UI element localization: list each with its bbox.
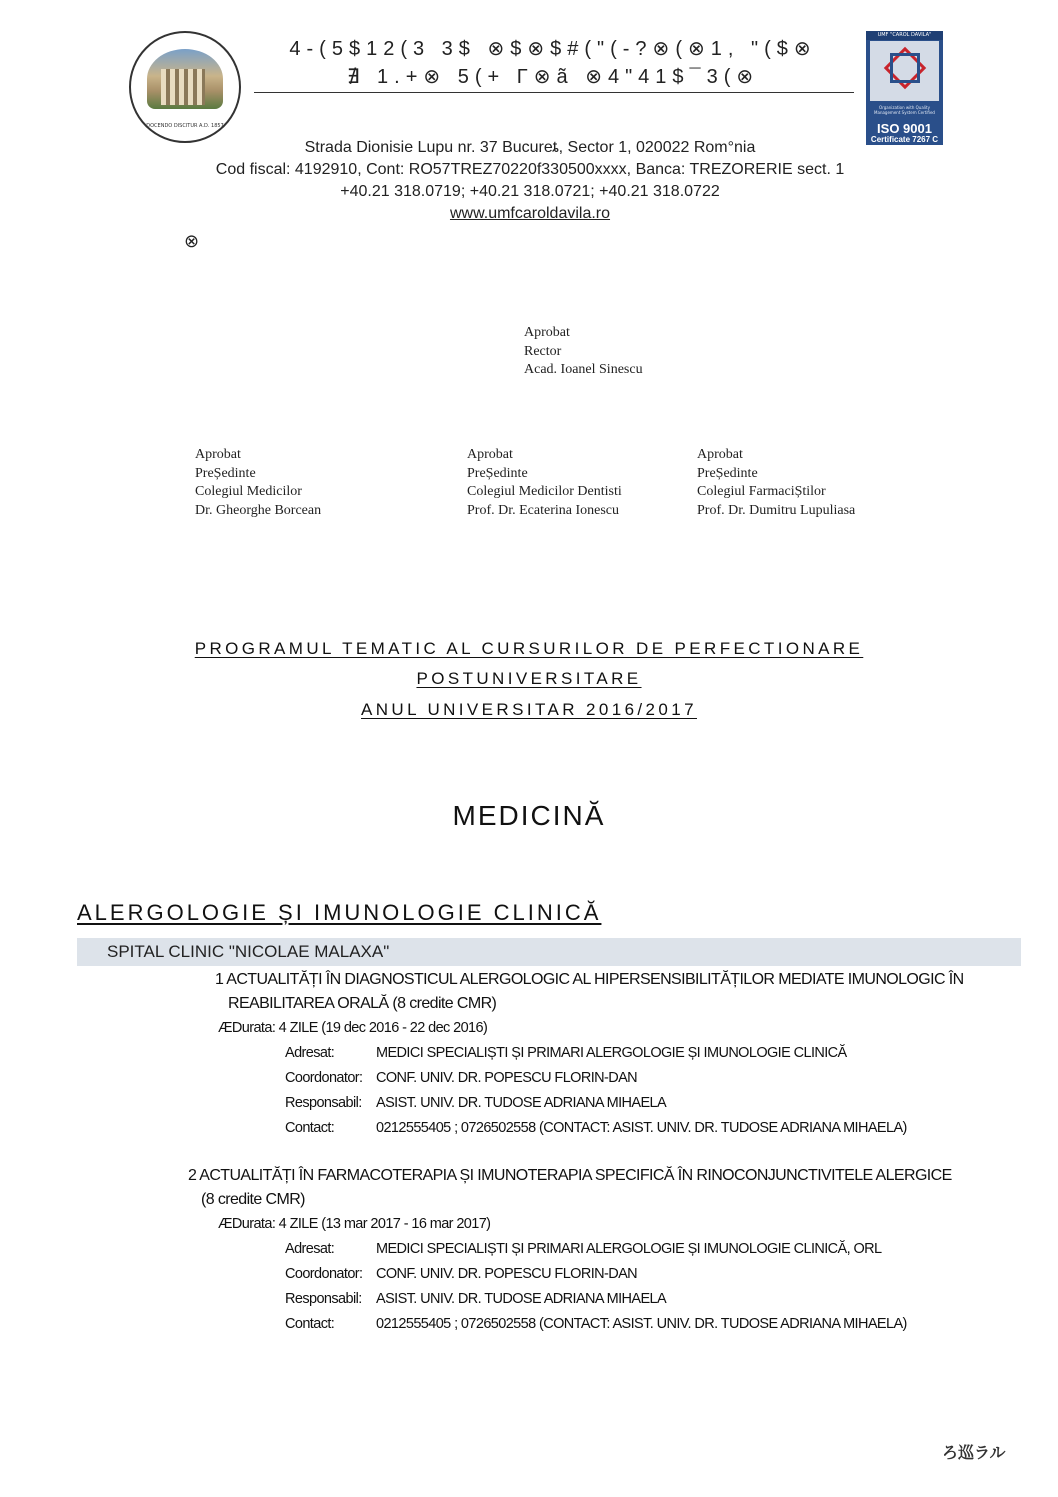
iso-certification-badge: UMF "CAROL DAVILA" BUCUREȘTI Organizatio… xyxy=(866,31,943,145)
unknown-glyph-icon: ⊗ xyxy=(184,231,199,252)
detail-value: ASIST. UNIV. DR. TUDOSE ADRIANA MIHAELA xyxy=(376,1291,666,1307)
detail-value: 0212555405 ; 0726502558 (CONTACT: ASIST.… xyxy=(376,1316,907,1332)
approval-role: Rector xyxy=(524,343,643,362)
header-title-line2: ∄ 1.+⊗ 5(+ Γ⊗ã ⊗4"41$¯3(⊗ xyxy=(250,64,856,89)
approval-role: PreȘedinte xyxy=(467,465,622,484)
program-title-text: POSTUNIVERSITARE xyxy=(416,669,641,688)
detail-label: Responsabil: xyxy=(285,1291,362,1307)
course-item: 1 ACTUALITĂȚI ÎN DIAGNOSTICUL ALERGOLOGI… xyxy=(215,968,964,1016)
detail-label: Coordonator: xyxy=(285,1266,362,1282)
approval-college: Colegiul Medicilor xyxy=(195,483,321,502)
program-title-text: PROGRAMUL TEMATIC AL CURSURILOR DE PERFE… xyxy=(195,639,864,658)
approval-person: Prof. Dr. Dumitru Lupuliasa xyxy=(697,502,855,521)
course-title-cont: REABILITAREA ORALĂ (8 credite CMR) xyxy=(215,992,964,1016)
bullet-icon: Æ xyxy=(218,1020,232,1036)
domain-title: MEDICINĂ xyxy=(300,800,758,832)
detail-label: Responsabil: xyxy=(285,1095,362,1111)
phones-line: +40.21 318.0719; +40.21 318.0721; +40.21… xyxy=(150,183,910,201)
course-title-cont: (8 credite CMR) xyxy=(188,1188,952,1212)
header-title-line1: 4-(5$12(3 3$ ⊗$⊗$#("(-?⊗(⊗1, "($⊗ xyxy=(250,36,856,61)
college-approval-dentisti: Aprobat PreȘedinte Colegiul Medicilor De… xyxy=(467,446,622,520)
rector-approval: Aprobat Rector Acad. Ioanel Sinescu xyxy=(524,324,643,380)
approval-role: PreȘedinte xyxy=(697,465,855,484)
detail-label: Adresat: xyxy=(285,1241,334,1257)
approval-label: Aprobat xyxy=(467,446,622,465)
program-title-text: ANUL UNIVERSITAR 2016/2017 xyxy=(361,700,697,719)
columns-decoration xyxy=(161,69,205,105)
duration-text: Durata: 4 ZILE (19 dec 2016 - 22 dec 201… xyxy=(232,1020,487,1036)
detail-label: Adresat: xyxy=(285,1045,334,1061)
detail-value: MEDICI SPECIALIȘTI ȘI PRIMARI ALERGOLOGI… xyxy=(376,1045,847,1061)
duration-text: Durata: 4 ZILE (13 mar 2017 - 16 mar 201… xyxy=(232,1216,491,1232)
iso-badge-top: UMF "CAROL DAVILA" BUCUREȘTI xyxy=(866,31,943,40)
detail-value: ASIST. UNIV. DR. TUDOSE ADRIANA MIHAELA xyxy=(376,1095,666,1111)
detail-value: 0212555405 ; 0726502558 (CONTACT: ASIST.… xyxy=(376,1120,907,1136)
approval-label: Aprobat xyxy=(195,446,321,465)
detail-label: Contact: xyxy=(285,1316,334,1332)
approval-role: PreȘedinte xyxy=(195,465,321,484)
page-number: ろ巡ラル xyxy=(942,1440,1006,1463)
fiscal-line: Cod fiscal: 4192910, Cont: RO57TREZ70220… xyxy=(150,161,910,179)
course-title: ACTUALITĂȚI ÎN FARMACOTERAPIA ȘI IMUNOTE… xyxy=(199,1167,951,1184)
header-divider xyxy=(254,92,854,93)
approval-college: Colegiul Medicilor Dentisti xyxy=(467,483,622,502)
website-link[interactable]: www.umfcaroldavila.ro xyxy=(450,205,610,222)
star-shape-2 xyxy=(890,53,920,83)
detail-label: Contact: xyxy=(285,1120,334,1136)
iso-badge-standard: ISO 9001 xyxy=(866,121,943,136)
course-details: Adresat:MEDICI SPECIALIȘTI ȘI PRIMARI AL… xyxy=(285,1241,985,1341)
seal-motto: DOCENDO DISCITUR A.D. 1857 xyxy=(131,123,239,129)
course-item: 2 ACTUALITĂȚI ÎN FARMACOTERAPIA ȘI IMUNO… xyxy=(188,1164,952,1212)
approval-label: Aprobat xyxy=(524,324,643,343)
address-line: Strada Dionisie Lupu nr. 37 Bucureȶ, Sec… xyxy=(150,139,910,157)
approval-person: Prof. Dr. Ecaterina Ionescu xyxy=(467,502,622,521)
detail-label: Coordonator: xyxy=(285,1070,362,1086)
university-seal-logo: DOCENDO DISCITUR A.D. 1857 xyxy=(129,31,241,143)
detail-value: MEDICI SPECIALIȘTI ȘI PRIMARI ALERGOLOGI… xyxy=(376,1241,882,1257)
program-title-line1: PROGRAMUL TEMATIC AL CURSURILOR DE PERFE… xyxy=(100,639,958,659)
course-duration: ÆDurata: 4 ZILE (13 mar 2017 - 16 mar 20… xyxy=(218,1216,490,1232)
course-title: ACTUALITĂȚI ÎN DIAGNOSTICUL ALERGOLOGIC … xyxy=(226,971,963,988)
specialty-heading: ALERGOLOGIE ȘI IMUNOLOGIE CLINICĂ xyxy=(77,900,601,926)
course-number: 1 xyxy=(215,971,223,988)
course-details: Adresat:MEDICI SPECIALIȘTI ȘI PRIMARI AL… xyxy=(285,1045,985,1145)
college-approval-farmacisti: Aprobat PreȘedinte Colegiul FarmaciȘtilo… xyxy=(697,446,855,520)
certind-logo-icon xyxy=(870,41,939,101)
website-line: www.umfcaroldavila.ro xyxy=(150,205,910,223)
bullet-icon: Æ xyxy=(218,1216,232,1232)
approval-person: Acad. Ioanel Sinescu xyxy=(524,361,643,380)
detail-value: CONF. UNIV. DR. POPESCU FLORIN-DAN xyxy=(376,1266,637,1282)
course-number: 2 xyxy=(188,1167,196,1184)
approval-label: Aprobat xyxy=(697,446,855,465)
hospital-name: SPITAL CLINIC "NICOLAE MALAXA" xyxy=(107,942,389,962)
approval-person: Dr. Gheorghe Borcean xyxy=(195,502,321,521)
hospital-band: SPITAL CLINIC "NICOLAE MALAXA" xyxy=(77,938,1021,966)
program-title-line3: ANUL UNIVERSITAR 2016/2017 xyxy=(100,700,958,720)
course-duration: ÆDurata: 4 ZILE (19 dec 2016 - 22 dec 20… xyxy=(218,1020,487,1036)
iso-badge-caption: Organization with Quality Management Sys… xyxy=(866,105,943,115)
approval-college: Colegiul FarmaciȘtilor xyxy=(697,483,855,502)
program-title-line2: POSTUNIVERSITARE xyxy=(100,669,958,689)
college-approval-medici: Aprobat PreȘedinte Colegiul Medicilor Dr… xyxy=(195,446,321,520)
detail-value: CONF. UNIV. DR. POPESCU FLORIN-DAN xyxy=(376,1070,637,1086)
